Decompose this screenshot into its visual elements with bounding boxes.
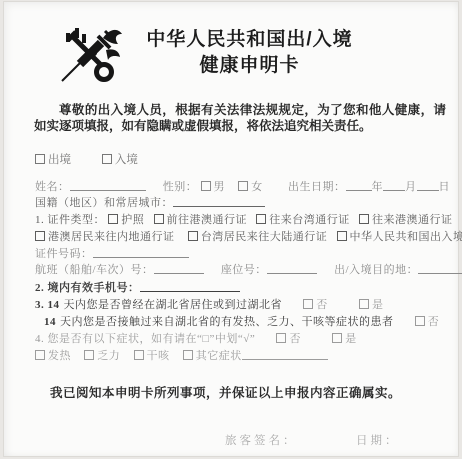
direction-row: 出境 入境 xyxy=(35,151,138,167)
doc-option-prc-exit-entry-permit[interactable]: 中华人民共和国出入境通行证 xyxy=(337,231,462,243)
date-label: 日期： xyxy=(356,435,400,447)
q2-label: 2. 境内有效手机号： xyxy=(35,282,140,294)
quarantine-emblem-icon xyxy=(56,24,124,88)
q4-yes-checkbox[interactable] xyxy=(332,333,342,343)
q3b-number: 14 xyxy=(44,316,56,328)
doc-option-taiwan-travel[interactable]: 往来台湾通行证 xyxy=(256,214,350,226)
hk-macau-forward-checkbox[interactable] xyxy=(154,214,164,224)
title-line-2: 健康申明卡 xyxy=(122,53,377,79)
q3-no-label: 否 xyxy=(316,299,328,311)
q4-yes-label: 是 xyxy=(345,333,357,345)
male-checkbox[interactable] xyxy=(201,181,211,191)
passport-checkbox[interactable] xyxy=(108,214,118,224)
doc-option-hk-macau-resident[interactable]: 港澳居民来往内地通行证 xyxy=(35,231,175,243)
flight-label: 航班（船舶/车次）号： xyxy=(35,264,154,276)
birth-label: 出生日期： xyxy=(288,181,346,193)
notice-paragraph: 尊敬的出入境人员，根据有关法律法规规定，为了您和他人健康，请如实逐项填报，如有隐… xyxy=(34,102,446,134)
female-option[interactable]: 女 xyxy=(238,181,263,193)
exit-label: 出境 xyxy=(48,154,71,166)
health-declaration-card: 中华人民共和国出/入境 健康申明卡 尊敬的出入境人员，根据有关法律法规规定，为了… xyxy=(3,1,459,457)
document-number-row: 证件号码： xyxy=(35,245,189,261)
destination-field[interactable] xyxy=(418,263,462,274)
phone-row: 2. 境内有效手机号： xyxy=(35,279,240,295)
other-symptom-checkbox[interactable] xyxy=(183,350,193,360)
q1-label: 1. 证件类型： xyxy=(35,214,105,226)
taiwan-travel-checkbox[interactable] xyxy=(256,214,266,224)
fatigue-label: 乏力 xyxy=(97,350,120,362)
male-option[interactable]: 男 xyxy=(201,181,226,193)
q3b-text: 天内您是否接触过来自湖北省的有发热、乏力、干咳等症状的患者 xyxy=(60,316,394,328)
fatigue-checkbox[interactable] xyxy=(84,350,94,360)
q4-symptoms-question-row: 4. 您是否有以下症状，如有请在“□”中划“√” 否 是 xyxy=(35,330,357,346)
symptom-fever-option[interactable]: 发热 xyxy=(35,350,71,362)
q3b-no-checkbox[interactable] xyxy=(415,316,425,326)
female-label: 女 xyxy=(251,181,263,193)
entry-option[interactable]: 入境 xyxy=(102,154,138,166)
document-type-row-1: 1. 证件类型： 护照 前往港澳通行证 往来台湾通行证 往来港澳通行证 xyxy=(35,211,453,227)
symptom-other-option[interactable]: 其它症状 xyxy=(183,350,328,362)
flight-field[interactable] xyxy=(154,263,204,274)
symptom-fatigue-option[interactable]: 乏力 xyxy=(84,350,120,362)
other-symptom-label: 其它症状 xyxy=(196,350,242,362)
q3-no-option[interactable]: 否 xyxy=(303,299,328,311)
passport-label: 护照 xyxy=(121,214,144,226)
female-checkbox[interactable] xyxy=(238,181,248,191)
taiwan-resident-label: 台湾居民来往大陆通行证 xyxy=(201,231,328,243)
q4-no-checkbox[interactable] xyxy=(276,333,286,343)
entry-label: 入境 xyxy=(115,154,138,166)
title-line-1: 中华人民共和国出/入境 xyxy=(122,27,377,53)
q3-number: 3. 14 xyxy=(35,299,60,311)
hk-macau-travel-checkbox[interactable] xyxy=(359,214,369,224)
document-type-row-2: 港澳居民来往内地通行证 台湾居民来往大陆通行证 中华人民共和国出入境通行证 xyxy=(35,228,462,244)
flight-seat-destination-row: 航班（船舶/车次）号： 座位号： 出/入境目的地： xyxy=(35,261,462,277)
hk-macau-forward-label: 前往港澳通行证 xyxy=(167,214,248,226)
fever-label: 发热 xyxy=(48,350,71,362)
q4-symptoms-options-row: 发热 乏力 干咳 其它症状 xyxy=(35,347,328,363)
declaration-statement: 我已阅知本申明卡所列事项，并保证以上申报内容正确属实。 xyxy=(50,383,401,401)
name-gender-birth-row: 姓名： 性别： 男 女 出生日期：年月日 xyxy=(35,178,450,194)
phone-field[interactable] xyxy=(140,281,240,292)
prc-exit-entry-permit-label: 中华人民共和国出入境通行证 xyxy=(350,231,462,243)
other-symptom-field[interactable] xyxy=(242,349,328,360)
q3b-no-label: 否 xyxy=(428,316,440,328)
doc-option-hk-macau-forward[interactable]: 前往港澳通行证 xyxy=(154,214,248,226)
destination-label: 出/入境目的地： xyxy=(334,264,418,276)
q3b-hubei-contact-row: 14天内您是否接触过来自湖北省的有发热、乏力、干咳等症状的患者 否 是 xyxy=(35,313,462,329)
nationality-field[interactable] xyxy=(173,196,265,207)
q3-no-checkbox[interactable] xyxy=(303,299,313,309)
nationality-row: 国籍（地区）和常居城市： xyxy=(35,194,265,210)
day-label: 日 xyxy=(439,181,451,193)
prc-exit-entry-permit-checkbox[interactable] xyxy=(337,231,347,241)
birth-month-field[interactable] xyxy=(383,180,405,191)
q3-text: 天内您是否曾经在湖北省居住或到过湖北省 xyxy=(64,299,283,311)
name-label: 姓名： xyxy=(35,181,70,193)
year-label: 年 xyxy=(372,181,384,193)
q4-label: 4. 您是否有以下症状，如有请在“□”中划“√” xyxy=(35,333,255,345)
birth-day-field[interactable] xyxy=(417,180,439,191)
symptom-dry-cough-option[interactable]: 干咳 xyxy=(134,350,170,362)
q4-no-option[interactable]: 否 xyxy=(276,333,301,345)
dry-cough-checkbox[interactable] xyxy=(134,350,144,360)
q3-hubei-residence-row: 3. 14天内您是否曾经在湖北省居住或到过湖北省 否 是 xyxy=(35,296,384,312)
q3-yes-option[interactable]: 是 xyxy=(359,299,384,311)
taiwan-resident-checkbox[interactable] xyxy=(188,231,198,241)
q4-no-label: 否 xyxy=(289,333,301,345)
birth-year-field[interactable] xyxy=(346,180,372,191)
hk-macau-resident-checkbox[interactable] xyxy=(35,231,45,241)
q3-yes-label: 是 xyxy=(372,299,384,311)
doc-number-field[interactable] xyxy=(93,247,189,258)
seat-field[interactable] xyxy=(267,263,317,274)
month-label: 月 xyxy=(405,181,417,193)
doc-option-hk-macau-travel[interactable]: 往来港澳通行证 xyxy=(359,214,453,226)
page-title: 中华人民共和国出/入境 健康申明卡 xyxy=(122,27,377,79)
signature-row: 旅客签名： xyxy=(225,432,298,448)
fever-checkbox[interactable] xyxy=(35,350,45,360)
hk-macau-resident-label: 港澳居民来往内地通行证 xyxy=(48,231,175,243)
doc-option-passport[interactable]: 护照 xyxy=(108,214,144,226)
doc-number-label: 证件号码： xyxy=(35,248,93,260)
male-label: 男 xyxy=(214,181,226,193)
signature-label: 旅客签名： xyxy=(225,435,298,447)
seat-label: 座位号： xyxy=(221,264,267,276)
hk-macau-travel-label: 往来港澳通行证 xyxy=(372,214,453,226)
exit-checkbox[interactable] xyxy=(35,154,45,164)
doc-option-taiwan-resident[interactable]: 台湾居民来往大陆通行证 xyxy=(188,231,328,243)
date-row: 日期： xyxy=(356,432,400,448)
name-field[interactable] xyxy=(70,180,146,191)
entry-checkbox[interactable] xyxy=(102,154,112,164)
dry-cough-label: 干咳 xyxy=(147,350,170,362)
q4-yes-option[interactable]: 是 xyxy=(332,333,357,345)
exit-option[interactable]: 出境 xyxy=(35,154,71,166)
gender-label: 性别： xyxy=(163,181,198,193)
q3-yes-checkbox[interactable] xyxy=(359,299,369,309)
nationality-label: 国籍（地区）和常居城市： xyxy=(35,197,173,209)
taiwan-travel-label: 往来台湾通行证 xyxy=(269,214,350,226)
q3b-no-option[interactable]: 否 xyxy=(415,316,440,328)
